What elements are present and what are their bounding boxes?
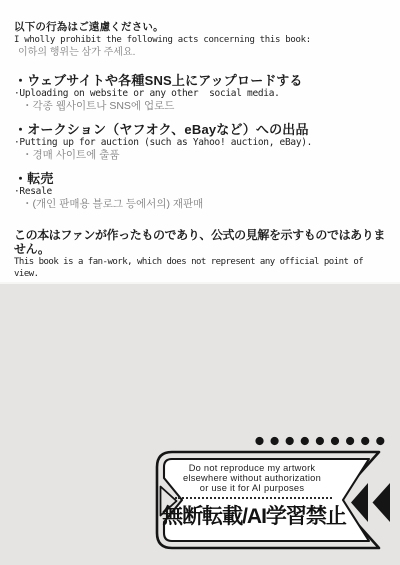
fanwork-statement: この本はファンが作ったものであり、公式の見解を示すものではありません。 This… bbox=[14, 228, 390, 280]
item-line-en: ·Resale bbox=[14, 186, 390, 198]
item-line-ko: ・각종 웹사이트나 SNS에 업로드 bbox=[14, 100, 390, 113]
prohibited-item-upload: ・ウェブサイトや各種SNS上にアップロードする ·Uploading on we… bbox=[14, 73, 390, 113]
intro-line-ja: 以下の行為はご遠慮ください。 bbox=[14, 20, 390, 34]
stamp-english-text: Do not reproduce my artwork elsewhere wi… bbox=[168, 464, 336, 494]
item-line-ko: ・경매 사이트에 출품 bbox=[14, 149, 390, 162]
stamp-japanese-text: 無断転載/AI学習禁止 bbox=[162, 501, 346, 533]
statement-line-ja: この本はファンが作ったものであり、公式の見解を示すものではありません。 bbox=[14, 228, 390, 256]
item-line-ja: ・オークション（ヤフオク、eBayなど）への出品 bbox=[14, 122, 390, 137]
stamp-en-line3: or use it for AI purposes bbox=[168, 484, 336, 494]
item-line-en: ·Uploading on website or any other socia… bbox=[14, 88, 390, 100]
item-line-en: ·Putting up for auction (such as Yahoo! … bbox=[14, 137, 390, 149]
notice-intro: 以下の行為はご遠慮ください。 I wholly prohibit the fol… bbox=[14, 20, 390, 59]
doujin-disclaimer-page: 以下の行為はご遠慮ください。 I wholly prohibit the fol… bbox=[0, 0, 400, 565]
intro-line-ko: 이하의 행위는 삼가 주세요. bbox=[14, 46, 390, 59]
item-line-ja: ・転売 bbox=[14, 171, 390, 186]
intro-line-en: I wholly prohibit the following acts con… bbox=[14, 34, 390, 46]
stamp-dotted-divider bbox=[175, 497, 332, 499]
prohibited-item-resale: ・転売 ·Resale ・(개인 판매용 블로그 등에서의) 재판매 bbox=[14, 171, 390, 211]
prohibition-notice: 以下の行為はご遠慮ください。 I wholly prohibit the fol… bbox=[0, 0, 400, 282]
item-line-ko: ・(개인 판매용 블로그 등에서의) 재판매 bbox=[14, 198, 390, 211]
prohibited-item-auction: ・オークション（ヤフオク、eBayなど）への出品 ·Putting up for… bbox=[14, 122, 390, 162]
item-line-ja: ・ウェブサイトや各種SNS上にアップロードする bbox=[14, 73, 390, 88]
statement-line-en: This book is a fan-work, which does not … bbox=[14, 256, 390, 280]
